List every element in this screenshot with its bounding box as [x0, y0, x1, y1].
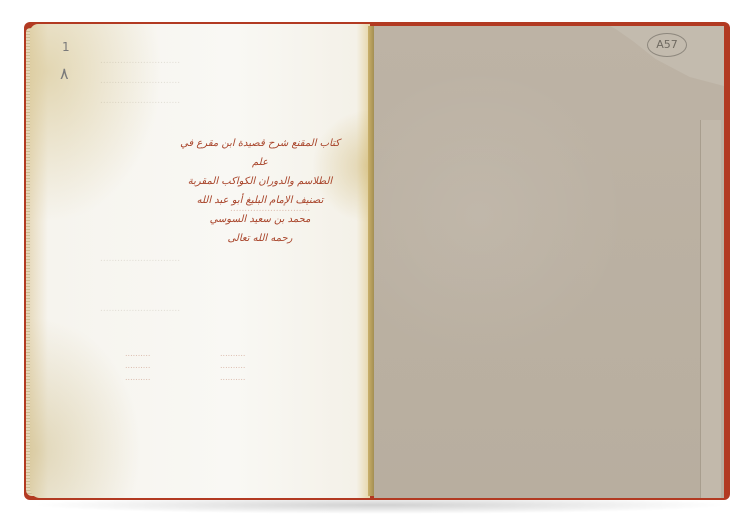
right-page — [374, 26, 724, 498]
note-line: .......... — [220, 372, 245, 384]
shelfmark-stamp: A57 — [647, 33, 687, 57]
note-line: .......... — [125, 372, 150, 384]
note-line: .......... — [220, 360, 245, 372]
left-page: 1 ٨ ............................ .......… — [30, 24, 370, 498]
title-line: رحمه الله تعالى — [180, 229, 340, 248]
marginal-note-column: .......... .......... .......... — [220, 348, 245, 384]
title-block: كتاب المقنع شرح قصيدة ابن مقرع في علم ال… — [180, 134, 340, 248]
note-line: .......... — [125, 360, 150, 372]
faint-line: ............................ — [100, 96, 180, 106]
note-line: .......... — [220, 348, 245, 360]
marginal-note-column: .......... .......... .......... — [125, 348, 150, 384]
note-line: .......... — [125, 348, 150, 360]
faint-line: ............................ — [100, 76, 180, 86]
underlying-leaf — [700, 120, 721, 498]
title-line: كتاب المقنع شرح قصيدة ابن مقرع في علم — [180, 134, 340, 172]
title-line: تصنيف الإمام البليغ أبو عبد الله — [180, 191, 340, 210]
faint-line: ............................ — [100, 304, 180, 314]
folio-mark-2: ٨ — [60, 64, 69, 83]
folio-mark-1: 1 — [62, 40, 70, 54]
faint-line: ............................ — [100, 254, 180, 264]
faint-line: ............................ — [100, 56, 180, 66]
title-line: محمد بن سعيد السوسي — [180, 210, 340, 229]
title-line: الطلاسم والدوران الكواكب المقربة — [180, 172, 340, 191]
